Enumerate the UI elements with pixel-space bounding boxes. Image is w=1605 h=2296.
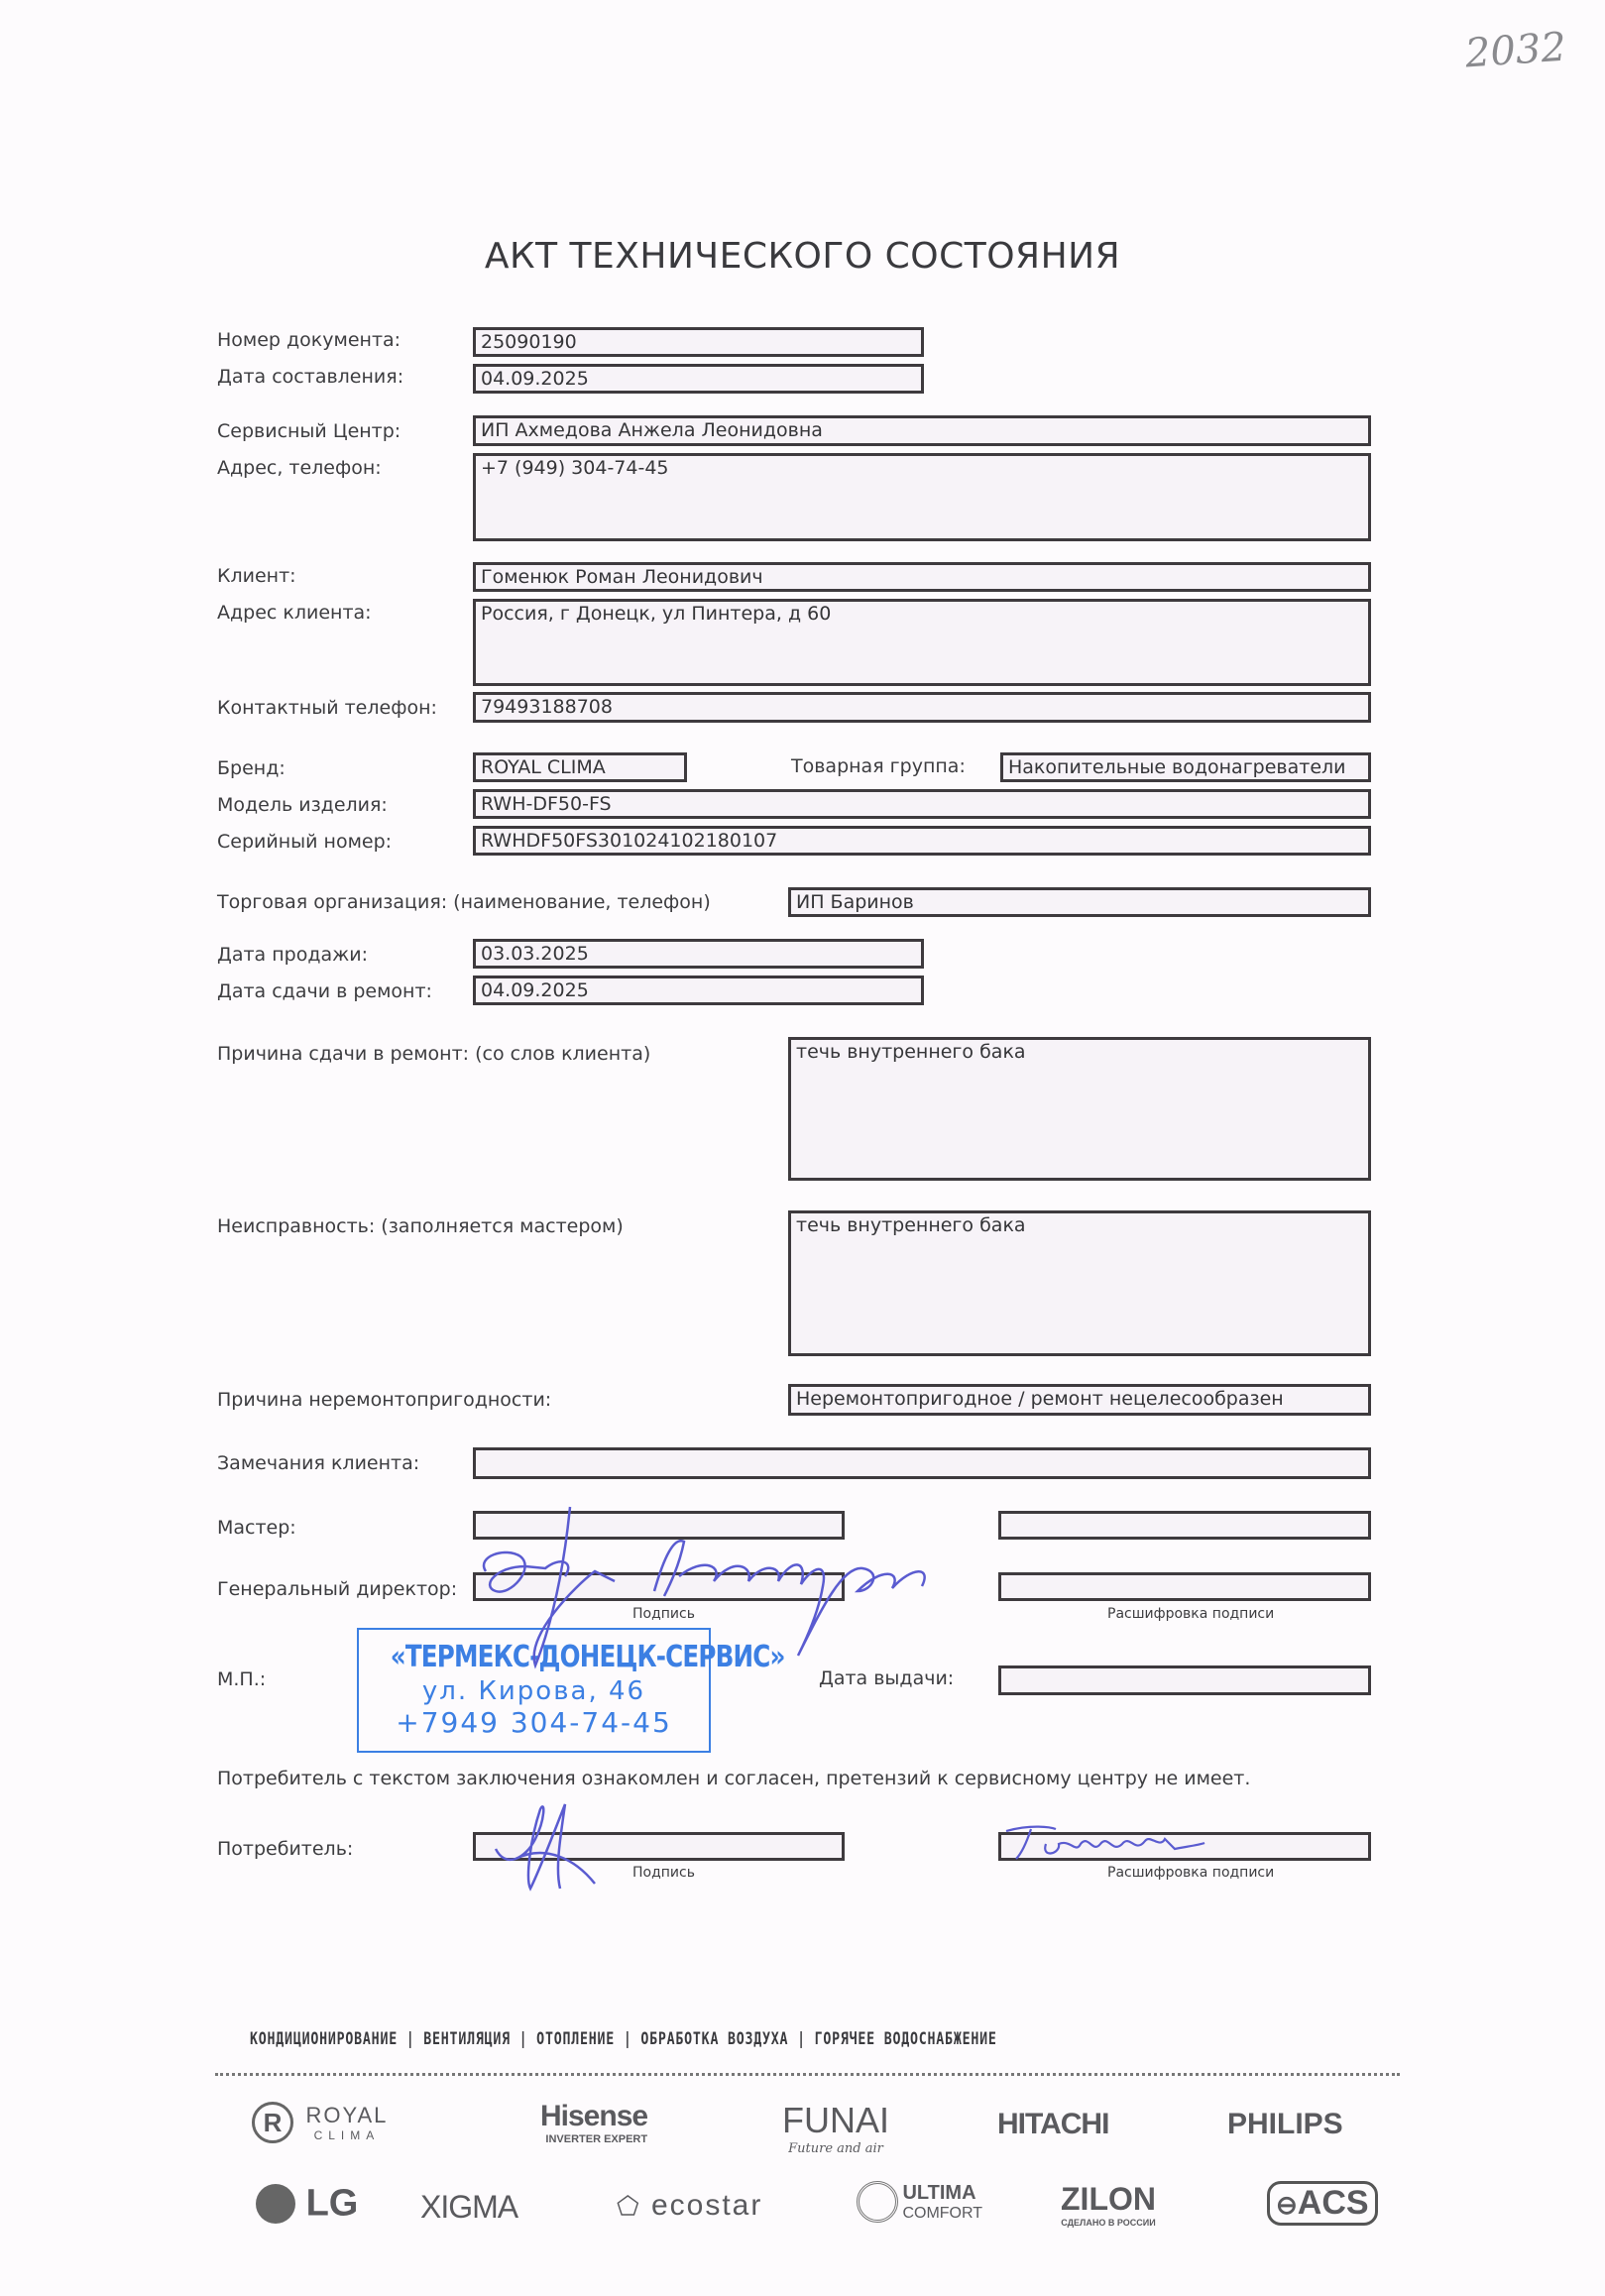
stamp-phone: +7949 304-74-45 bbox=[359, 1706, 709, 1739]
consumer-decoding-caption: Расшифровка подписи bbox=[1107, 1865, 1274, 1881]
logo-lg: LG bbox=[256, 2181, 358, 2225]
service-center-field[interactable]: ИП Ахмедова Анжела Леонидовна bbox=[473, 415, 1371, 446]
handwritten-page-number: 2032 bbox=[1464, 25, 1568, 77]
logo-hisense: Hisense INVERTER EXPERT bbox=[540, 2100, 647, 2145]
document-title: АКТ ТЕХНИЧЕСКОГО СОСТОЯНИЯ bbox=[0, 236, 1605, 277]
contact-phone-label: Контактный телефон: bbox=[217, 697, 437, 719]
director-signature-field[interactable] bbox=[473, 1572, 845, 1601]
logo-xigma: XIGMA bbox=[420, 2189, 517, 2226]
director-decoding-caption: Расшифровка подписи bbox=[1107, 1606, 1274, 1622]
footer-categories: КОНДИЦИОНИРОВАНИЕ | ВЕНТИЛЯЦИЯ | ОТОПЛЕН… bbox=[250, 2029, 997, 2049]
service-center-label: Сервисный Центр: bbox=[217, 420, 401, 442]
director-decoding-field[interactable] bbox=[998, 1572, 1371, 1601]
model-label: Модель изделия: bbox=[217, 794, 388, 816]
client-label: Клиент: bbox=[217, 565, 296, 587]
malfunction-field[interactable]: течь внутреннего бака bbox=[788, 1210, 1371, 1356]
master-decoding-field[interactable] bbox=[998, 1511, 1371, 1540]
repair-date-label: Дата сдачи в ремонт: bbox=[217, 980, 432, 1002]
repair-date-field[interactable]: 04.09.2025 bbox=[473, 976, 924, 1005]
consent-text: Потребитель с текстом заключения ознаком… bbox=[217, 1768, 1250, 1789]
stamp-address: ул. Кирова, 46 bbox=[359, 1676, 709, 1706]
logo-ultima-comfort: ULTIMA COMFORT bbox=[857, 2181, 982, 2223]
trade-org-field[interactable]: ИП Баринов bbox=[788, 887, 1371, 917]
doc-number-field[interactable]: 25090190 bbox=[473, 327, 924, 357]
brand-field[interactable]: ROYAL CLIMA bbox=[473, 752, 687, 782]
issue-date-label: Дата выдачи: bbox=[819, 1667, 954, 1689]
serial-label: Серийный номер: bbox=[217, 831, 392, 853]
logo-royal-clima: R ROYAL CLIMA bbox=[252, 2102, 388, 2143]
serial-field[interactable]: RWHDF50FS301024102180107 bbox=[473, 826, 1371, 856]
trade-org-label: Торговая организация: (наименование, тел… bbox=[217, 891, 711, 913]
stamp-place-label: М.П.: bbox=[217, 1668, 266, 1690]
doc-number-label: Номер документа: bbox=[217, 329, 401, 351]
footer-divider bbox=[215, 2073, 1400, 2076]
logo-philips: PHILIPS bbox=[1227, 2108, 1343, 2141]
consumer-label: Потребитель: bbox=[217, 1838, 353, 1860]
logo-hitachi: HITACHI bbox=[997, 2108, 1108, 2141]
consumer-signature-field[interactable] bbox=[473, 1832, 845, 1861]
sc-address-label: Адрес, телефон: bbox=[217, 457, 382, 479]
product-group-field[interactable]: Накопительные водонагреватели bbox=[1000, 752, 1371, 782]
client-remarks-label: Замечания клиента: bbox=[217, 1452, 419, 1474]
client-remarks-field[interactable] bbox=[473, 1447, 1371, 1479]
repair-reason-label: Причина сдачи в ремонт: (со слов клиента… bbox=[217, 1043, 650, 1065]
company-stamp: «ТЕРМЕКС-ДОНЕЦК-СЕРВИС» ул. Кирова, 46 +… bbox=[357, 1628, 711, 1753]
stamp-company-name: «ТЕРМЕКС-ДОНЕЦК-СЕРВИС» bbox=[391, 1640, 677, 1674]
client-field[interactable]: Гоменюк Роман Леонидович bbox=[473, 562, 1371, 592]
director-label: Генеральный директор: bbox=[217, 1578, 457, 1600]
unrepairable-reason-field[interactable]: Неремонтопригодное / ремонт нецелесообра… bbox=[788, 1384, 1371, 1416]
brand-label: Бренд: bbox=[217, 757, 286, 779]
product-group-label: Товарная группа: bbox=[791, 755, 966, 777]
repair-reason-field[interactable]: течь внутреннего бака bbox=[788, 1037, 1371, 1181]
client-address-label: Адрес клиента: bbox=[217, 602, 372, 624]
model-field[interactable]: RWH-DF50-FS bbox=[473, 789, 1371, 819]
malfunction-label: Неисправность: (заполняется мастером) bbox=[217, 1215, 624, 1237]
master-signature-field[interactable] bbox=[473, 1511, 845, 1540]
master-label: Мастер: bbox=[217, 1517, 296, 1539]
sale-date-field[interactable]: 03.03.2025 bbox=[473, 939, 924, 969]
logo-zilon: ZILON СДЕЛАНО В РОССИИ bbox=[1061, 2181, 1156, 2228]
logo-acs: ⊖ACS bbox=[1267, 2181, 1378, 2226]
logo-funai: FUNAI Future and air bbox=[782, 2100, 889, 2156]
doc-date-field[interactable]: 04.09.2025 bbox=[473, 364, 924, 394]
unrepairable-reason-label: Причина неремонтопригодности: bbox=[217, 1389, 551, 1411]
logo-ecostar: ⬠ ecostar bbox=[617, 2189, 762, 2223]
sc-address-field[interactable]: +7 (949) 304-74-45 bbox=[473, 453, 1371, 541]
sale-date-label: Дата продажи: bbox=[217, 944, 368, 966]
issue-date-field[interactable] bbox=[998, 1665, 1371, 1695]
director-signature-caption: Подпись bbox=[632, 1606, 695, 1622]
consumer-signature-caption: Подпись bbox=[632, 1865, 695, 1881]
doc-date-label: Дата составления: bbox=[217, 366, 403, 388]
client-address-field[interactable]: Россия, г Донецк, ул Пинтера, д 60 bbox=[473, 599, 1371, 686]
contact-phone-field[interactable]: 79493188708 bbox=[473, 692, 1371, 723]
consumer-decoding-field[interactable] bbox=[998, 1832, 1371, 1861]
